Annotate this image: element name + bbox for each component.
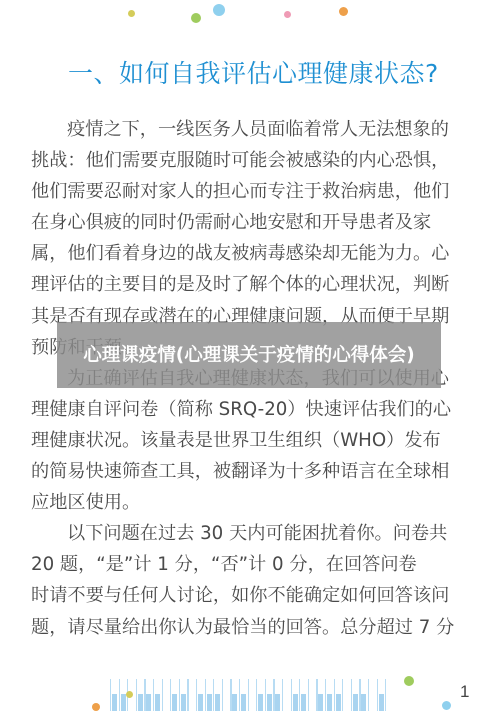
pink-dot-icon (284, 11, 291, 18)
piano-key-line (213, 679, 214, 711)
piano-key-line (299, 679, 300, 711)
piano-key-block (232, 694, 237, 711)
orange-dot-icon (92, 703, 100, 711)
piano-key-block (293, 694, 298, 711)
piano-key-line (385, 679, 386, 711)
caption-overlay: 心理课疫情(心理课关于疫情的心得体会) (57, 322, 441, 388)
piano-key-block (258, 694, 263, 711)
piano-key-line (368, 679, 369, 711)
blue-dot-icon (442, 701, 451, 710)
section-title: 一、如何自我评估心理健康状态? (68, 54, 468, 90)
piano-key-line (342, 679, 343, 711)
piano-key-line (248, 679, 249, 711)
article-line: 挑战：他们需要克服随时可能会被感染的内心恐惧， (31, 145, 471, 176)
article-line: 时请不要与任何人讨论，如你不能确定如何回答该问 (31, 580, 471, 611)
piano-key-block (267, 694, 272, 711)
green-dot-icon (191, 13, 201, 23)
piano-keys-decoration (110, 679, 394, 711)
yellow-dot-icon (126, 691, 133, 698)
article-line: 疫情之下，一线医务人员面临着常人无法想象的 (31, 114, 471, 145)
piano-key-line (334, 679, 335, 711)
article-line: 在身心俱疲的同时仍需耐心地安慰和开导患者及家 (31, 207, 471, 238)
piano-key-line (273, 679, 274, 711)
piano-key-line (282, 679, 283, 711)
article-line: 理评估的主要目的是及时了解个体的心理状况，判断 (31, 269, 471, 300)
piano-key-line (256, 679, 257, 711)
article-line: 的简易快速筛查工具，被翻译为十多种语言在全球相 (31, 456, 471, 487)
piano-key-block (327, 694, 332, 711)
page-number: 1 (460, 682, 469, 702)
piano-key-block (301, 694, 306, 711)
article-line: 20 题，“是”计 1 分，“否”计 0 分，在回答问卷 (31, 549, 471, 580)
yellow-dot-icon (128, 10, 135, 17)
article-line: 以下问题在过去 30 天内可能困扰着你。问卷共 (31, 518, 471, 549)
piano-key-line (377, 679, 378, 711)
piano-key-line (136, 679, 137, 711)
caption-text: 心理课疫情(心理课关于疫情的心得体会) (69, 342, 429, 369)
piano-key-block (275, 694, 280, 711)
piano-key-line (119, 679, 120, 711)
article-line: 理健康自评问卷（简称 SRQ-20）快速评估我们的心 (31, 394, 471, 425)
article-line: 题，请尽量给出你认为最恰当的回答。总分超过 7 分 (31, 612, 471, 643)
piano-key-block (172, 694, 177, 711)
piano-key-line (291, 679, 292, 711)
piano-key-block (146, 694, 151, 711)
piano-key-block (138, 694, 143, 711)
piano-key-line (325, 679, 326, 711)
piano-key-line (196, 679, 197, 711)
article-line: 属，他们看着身边的战友被病毒感染却无能为力。心 (31, 238, 471, 269)
orange-dot-icon (339, 7, 348, 16)
green-dot-icon (404, 676, 414, 686)
article-line: 应地区使用。 (31, 487, 471, 518)
piano-key-line (222, 679, 223, 711)
piano-key-block (361, 694, 366, 711)
piano-key-block (155, 694, 160, 711)
piano-key-block (353, 694, 358, 711)
piano-key-block (198, 694, 203, 711)
piano-key-block (181, 694, 186, 711)
piano-key-block (241, 694, 246, 711)
piano-key-line (308, 679, 309, 711)
piano-key-block (207, 694, 212, 711)
piano-key-block (336, 694, 341, 711)
piano-key-block (215, 694, 220, 711)
piano-key-line (170, 679, 171, 711)
piano-key-line (187, 679, 188, 711)
piano-key-line (359, 679, 360, 711)
blue-dot-icon (213, 4, 225, 16)
piano-key-line (239, 679, 240, 711)
piano-key-block (121, 694, 126, 711)
piano-key-line (205, 679, 206, 711)
piano-key-line (153, 679, 154, 711)
piano-key-line (265, 679, 266, 711)
piano-key-line (179, 679, 180, 711)
piano-key-block (318, 694, 323, 711)
piano-key-line (316, 679, 317, 711)
article-line: 理健康状况。该量表是世界卫生组织（WHO）发布 (31, 425, 471, 456)
piano-key-line (162, 679, 163, 711)
piano-key-block (379, 694, 384, 711)
piano-key-block (112, 694, 117, 711)
piano-key-line (110, 679, 111, 711)
piano-key-line (230, 679, 231, 711)
piano-key-line (351, 679, 352, 711)
article-line: 他们需要忍耐对家人的担心而专注于救治病患，他们 (31, 176, 471, 207)
piano-key-line (144, 679, 145, 711)
